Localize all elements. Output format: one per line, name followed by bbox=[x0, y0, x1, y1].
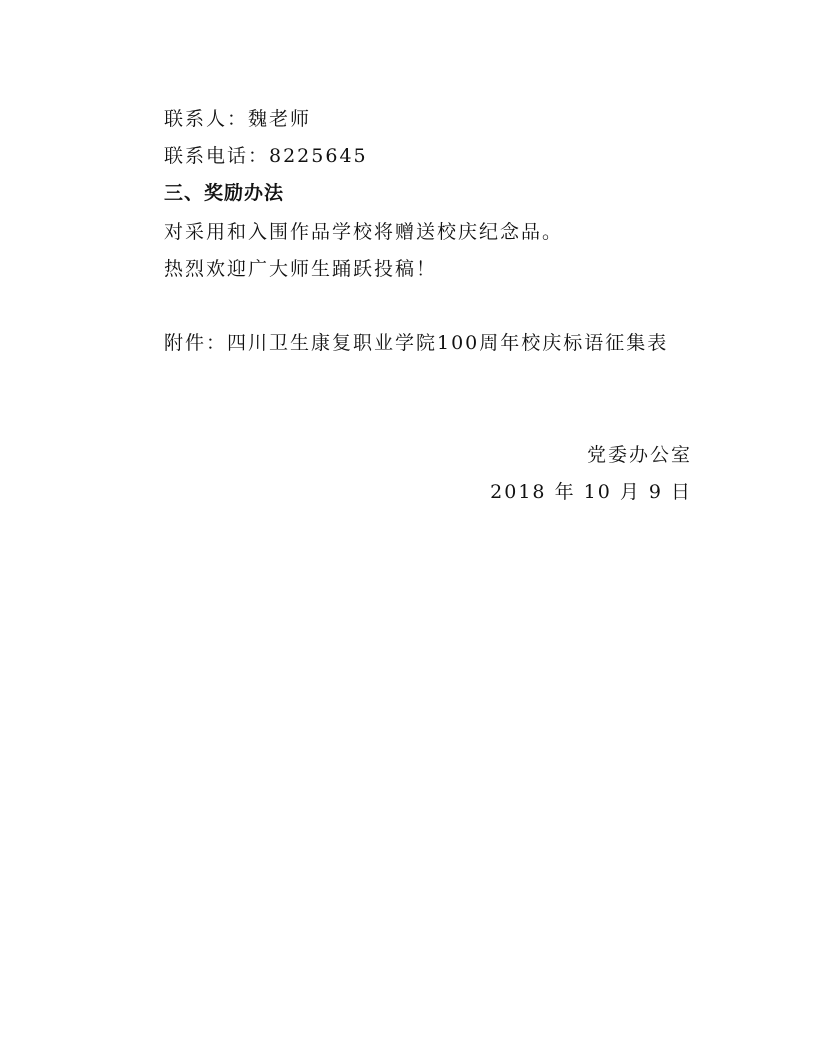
attachment-line: 附件：四川卫生康复职业学院100周年校庆标语征集表 bbox=[164, 331, 668, 355]
contact-phone: 联系电话：8225645 bbox=[164, 144, 368, 168]
reward-text: 对采用和入围作品学校将赠送校庆纪念品。 bbox=[164, 220, 563, 244]
signature-date: 2018 年 10 月 9 日 bbox=[490, 480, 692, 504]
signature-office: 党委办公室 bbox=[587, 443, 692, 467]
section-heading-rewards: 三、奖励办法 bbox=[164, 181, 284, 205]
welcome-text: 热烈欢迎广大师生踊跃投稿！ bbox=[164, 257, 437, 281]
contact-person: 联系人：魏老师 bbox=[164, 107, 311, 131]
